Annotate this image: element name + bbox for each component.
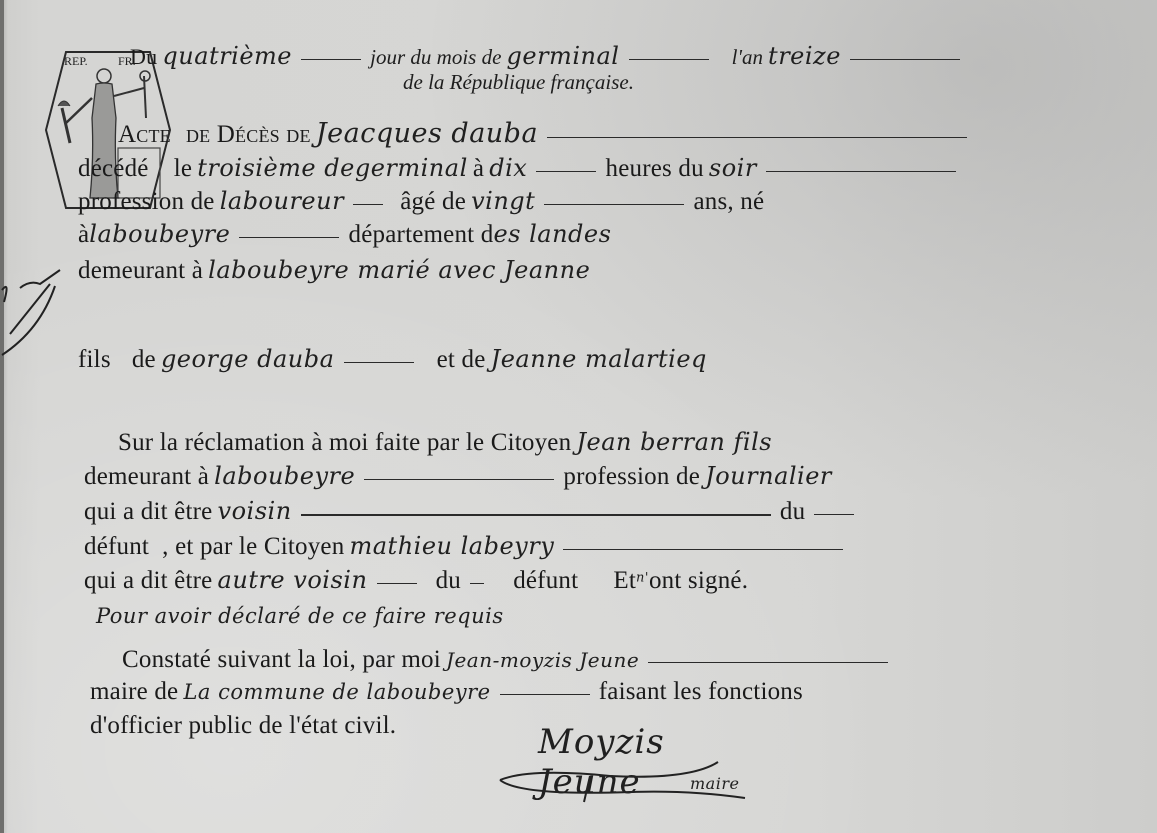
mayor-signature: Moyzis Jeune maire [490, 718, 760, 808]
deceased-name-handwritten: Jeacques dauba [316, 118, 538, 149]
department-handwritten: es landes [493, 220, 611, 248]
officier-label: d'officier public de l'état civil. [90, 712, 396, 739]
defunt-label-2: défunt [513, 567, 578, 594]
l-an-label: l'an [732, 45, 763, 69]
profession-handwritten: laboureur [220, 187, 344, 215]
defunt-label-1: défunt [84, 533, 149, 560]
et-de-label: et de [437, 346, 486, 373]
hour-handwritten: dix [489, 154, 527, 182]
du-label-2: du [436, 567, 461, 594]
constate-line: Constaté suivant la loi, par moi Jean-mo… [122, 646, 892, 674]
ont-signe-label: ont signé. [649, 567, 748, 594]
residence-line: demeurant à laboubeyre marié avec Jeanne [78, 256, 590, 285]
declarant1-residence-handwritten: laboubeyre [214, 462, 355, 490]
de-label: de [132, 346, 156, 373]
declarant2-line: défunt , et par le Citoyen mathieu labey… [84, 532, 847, 561]
demeurant-label: demeurant à [78, 257, 203, 284]
signature-flourish-icon [490, 718, 760, 808]
a2-label: à [78, 221, 89, 248]
year-handwritten: treize [768, 42, 841, 70]
republique-label: de la République française. [403, 70, 634, 94]
residence-handwritten: laboubeyre marié avec Jeanne [208, 256, 590, 284]
birthplace-line: àlaboubeyre département des landes [78, 220, 611, 249]
declaration-note-handwritten: Pour avoir déclaré de ce faire requis [96, 604, 504, 628]
maire-label: maire de [90, 678, 178, 705]
profession-label: profession de [78, 188, 215, 215]
departement-label: département d [349, 221, 494, 248]
declarant1-profession-handwritten: Journalier [705, 462, 832, 490]
le-label: le [174, 155, 192, 182]
declarant1-handwritten: Jean berran fils [576, 428, 772, 456]
header-line-1: Du quatrième jour du mois de germinal l'… [130, 42, 964, 70]
ans-ne-label: ans, né [693, 188, 764, 215]
father-handwritten: george dauba [161, 345, 334, 373]
acte-line: Acte de Décès de Jeacques dauba [118, 118, 971, 149]
declarant2-relation-line: qui a dit être autre voisin du défunt Et… [84, 566, 748, 595]
du-label-1: du [780, 498, 805, 525]
header-line-2: de la République française. [403, 70, 634, 95]
du-label: Du [130, 44, 157, 69]
qui-a-dit-label-2: qui a dit être [84, 567, 212, 594]
profession-label-2: profession de [563, 463, 700, 490]
declarant1-relation-line: qui a dit être voisin du [84, 497, 858, 526]
note-line: Pour avoir déclaré de ce faire requis [96, 604, 504, 628]
signature-title-handwritten: maire [690, 774, 739, 793]
decede-label: décédé [78, 155, 149, 182]
margin-annotation: 3e ff [0, 250, 70, 360]
heures-du-label: heures du [606, 155, 704, 182]
faisant-label: faisant les fonctions [599, 678, 803, 705]
time-of-day-handwritten: soir [709, 154, 757, 182]
birthplace-handwritten: laboubeyre [89, 220, 230, 248]
stamp-label-rep: REP. [64, 54, 88, 69]
declarant2-handwritten: mathieu labeyry [349, 532, 554, 560]
declarant1-residence-line: demeurant à laboubeyre profession de Jou… [84, 462, 832, 491]
declarant1-relation-handwritten: voisin [218, 497, 292, 525]
et-par-label: , et par le Citoyen [162, 533, 344, 560]
a-label: à [473, 155, 484, 182]
maire-line: maire de La commune de laboubeyre faisan… [90, 678, 803, 706]
qui-a-dit-label: qui a dit être [84, 498, 212, 525]
day-handwritten: quatrième [162, 42, 292, 70]
officer-handwritten: Jean-moyzis Jeune [446, 648, 639, 672]
de-deces-label: de Décès de [186, 121, 311, 148]
acte-label: Acte [118, 121, 171, 148]
declarant2-relation-handwritten: autre voisin [218, 566, 368, 594]
demeurant-label-2: demeurant à [84, 463, 209, 490]
ne-insert-handwritten: n' [636, 571, 649, 586]
fils-label: fils [78, 346, 111, 373]
month-handwritten: germinal [507, 42, 620, 70]
reclamation-label: Sur la réclamation à moi faite par le Ci… [118, 429, 571, 456]
officier-line: d'officier public de l'état civil. [90, 712, 396, 740]
parents-line: fils de george dauba et de Jeanne malart… [78, 345, 707, 374]
et-label: Et [613, 567, 636, 594]
commune-handwritten: La commune de laboubeyre [183, 680, 490, 704]
reclamation-line: Sur la réclamation à moi faite par le Ci… [118, 428, 772, 457]
age-handwritten: vingt [471, 187, 535, 215]
constate-label: Constaté suivant la loi, par moi [122, 646, 441, 673]
death-date-handwritten: troisième degerminal [197, 154, 468, 182]
death-date-line: décédé le troisième degerminal à dix heu… [78, 154, 960, 183]
profession-line: profession de laboureur âgé de vingt ans… [78, 187, 764, 216]
mother-handwritten: Jeanne malartieq [491, 345, 707, 373]
page-edge [0, 0, 4, 833]
jour-du-mois-label: jour du mois de [370, 45, 501, 69]
age-label: âgé de [400, 188, 466, 215]
